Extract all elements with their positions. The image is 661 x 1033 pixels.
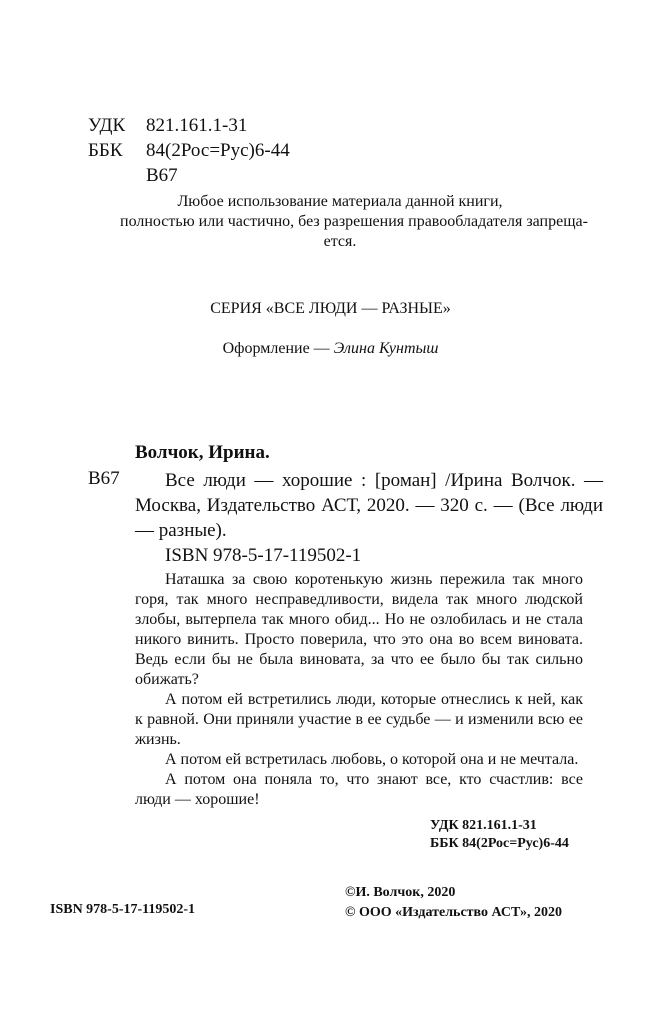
annotation: Наташка за свою коротенькую жизнь пережи…	[135, 570, 583, 810]
annotation-paragraph: А потом ей встретилась любовь, о которой…	[135, 750, 583, 770]
notice-line: Любое использование материала данной кни…	[150, 192, 530, 212]
notice-line: ется.	[150, 232, 530, 252]
footer-bbk: ББК 84(2Рос=Рус)6-44	[430, 835, 569, 853]
udk-label: УДК	[88, 113, 146, 138]
bib-author-mark: В67	[88, 468, 120, 490]
bib-description: Все люди — хорошие : [роман] /Ирина Волч…	[135, 468, 603, 543]
design-label: Оформление —	[223, 340, 334, 357]
notice-line: полностью или частично, без разрешения п…	[120, 212, 560, 232]
bib-isbn: ISBN 978-5-17-119502-1	[165, 545, 361, 567]
bbk-label: ББК	[88, 138, 146, 163]
copyright-author: ©И. Волчок, 2020	[345, 883, 562, 903]
copyright-block: ©И. Волчок, 2020 © ООО «Издательство АСТ…	[345, 883, 562, 923]
designer-name: Элина Кунтыш	[334, 340, 439, 357]
bbk-value: 84(2Рос=Рус)6-44	[146, 138, 290, 163]
author-heading: Волчок, Ирина.	[135, 442, 270, 464]
annotation-paragraph: Наташка за свою коротенькую жизнь пережи…	[135, 570, 583, 690]
design-credit: Оформление — Элина Кунтыш	[0, 340, 661, 358]
series-title: СЕРИЯ «ВСЕ ЛЮДИ — РАЗНЫЕ»	[0, 300, 661, 318]
footer-codes: УДК 821.161.1-31 ББК 84(2Рос=Рус)6-44	[430, 817, 569, 853]
udk-value: 821.161.1-31	[146, 113, 247, 138]
annotation-paragraph: А потом ей встретились люди, которые отн…	[135, 690, 583, 750]
footer-udk: УДК 821.161.1-31	[430, 817, 569, 835]
author-mark: В67	[146, 163, 178, 188]
footer-isbn: ISBN 978-5-17-119502-1	[50, 902, 195, 918]
copyright-notice: Любое использование материала данной кни…	[150, 192, 530, 252]
copyright-publisher: © ООО «Издательство АСТ», 2020	[345, 903, 562, 923]
annotation-paragraph: А потом она поняла то, что знают все, кт…	[135, 770, 583, 810]
classification-codes: УДК821.161.1-31 ББК84(2Рос=Рус)6-44 В67	[88, 113, 290, 188]
